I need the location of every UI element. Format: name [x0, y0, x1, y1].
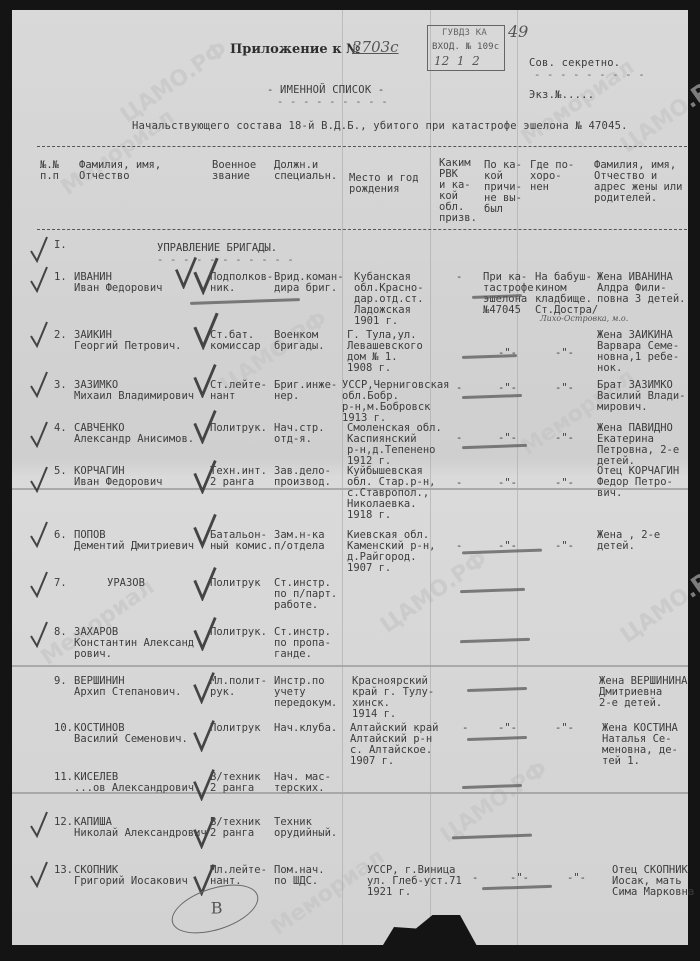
checkmark-icon	[192, 767, 216, 801]
circled-letter: В	[211, 898, 223, 917]
row-birth: Киевская обл. Каменский р-н, д.Райгород.…	[347, 530, 436, 574]
row-rank: Батальон- ный комис.	[210, 530, 273, 552]
checkmark-icon	[192, 815, 216, 849]
subtitle: Начальствующего состава 18-й В.Д.Б., уби…	[132, 121, 628, 132]
row-rank: Мл.полит- рук.	[210, 676, 267, 698]
pencil-stroke	[460, 588, 525, 593]
row-rank: Ст.лейте- нант	[210, 380, 267, 402]
row-reason: -"-	[498, 723, 517, 734]
watermark: ЦАМО.РФ	[616, 557, 700, 649]
row-rank: Политрук.	[210, 423, 267, 434]
row-position: Инстр.по учету передокум.	[274, 676, 337, 709]
watermark: ЦАМО.РФ	[116, 37, 232, 129]
checkmark-icon	[192, 615, 218, 651]
row-rvk: -	[456, 478, 462, 489]
pencil-stroke	[467, 687, 527, 692]
row-birth: Смоленская обл. Каспиянский р-н,д.Тепене…	[347, 423, 442, 467]
row-name: САВЧЕНКО Александр Анисимов.	[74, 423, 194, 445]
row-rvk: -	[456, 433, 462, 444]
col-header-position: Должн.и специальн.	[274, 160, 337, 182]
row-number: 4.	[54, 423, 67, 434]
row-relatives: Жена ВЕРШИНИНА Дмитриевна 2-е детей.	[599, 676, 688, 709]
row-relatives: Отец КОРЧАГИН Федор Петро- вич.	[597, 466, 679, 499]
col-header-rank: Военное звание	[212, 160, 256, 182]
pencil-stroke	[460, 638, 530, 643]
torn-edge	[372, 915, 482, 945]
row-handwritten-note: Лихо-Островка, м.о.	[540, 314, 628, 323]
row-birth: УССР, г.Виница ул. Глеб-уст.71 1921 г.	[367, 865, 462, 898]
pencil-stroke	[462, 394, 522, 399]
appendix-number: 3703с	[352, 38, 399, 56]
checkmark-icon	[192, 362, 218, 398]
row-rank: В/техник 2 ранга	[210, 817, 261, 839]
row-name: ЗАЗИМКО Михаил Владимирович	[74, 380, 194, 402]
row-rank: В/техник 2 ранга	[210, 772, 261, 794]
row-rank: Политрук.	[210, 627, 267, 638]
row-reason: -"-	[498, 478, 517, 489]
row-number: 8.	[54, 627, 67, 638]
checkmark-icon	[192, 310, 220, 350]
row-number: 7.	[54, 578, 67, 589]
section-title: УПРАВЛЕНИЕ БРИГАДЫ.	[157, 243, 277, 254]
row-name: ЗАИКИН Георгий Петрович.	[74, 330, 181, 352]
checkmark-icon	[28, 860, 50, 888]
checkmark-icon	[192, 458, 218, 494]
row-position: Ст.инстр. по п/парт. работе.	[274, 578, 337, 611]
stamp-line1: ГУВДЗ КА	[442, 28, 487, 39]
row-rvk: -	[456, 272, 462, 283]
row-number: 9.	[54, 676, 67, 687]
row-buried: -"-	[555, 348, 574, 359]
checkmark-icon	[192, 718, 216, 752]
row-buried: -"-	[555, 478, 574, 489]
title-underline: - - - - - - - - -	[277, 97, 388, 108]
row-relatives: Отец СКОПНИК Иосак, мать Сима Марковна	[612, 865, 694, 898]
pencil-stroke	[190, 298, 300, 305]
row-position: Пом.нач. по ШДС.	[274, 865, 325, 887]
row-relatives: Жена , 2-е детей.	[597, 530, 660, 552]
row-reason: -"-	[510, 873, 529, 884]
row-buried: -"-	[555, 541, 574, 552]
row-number: 10.	[54, 723, 73, 734]
row-birth: Куйбышевская обл. Стар.р-н, с.Ставропол.…	[347, 466, 436, 521]
fold-line	[517, 10, 518, 945]
row-relatives: Жена КОСТИНА Наталья Се- меновна, де- те…	[602, 723, 678, 767]
row-position: Нач. мас- терских.	[274, 772, 331, 794]
row-buried: -"-	[555, 723, 574, 734]
row-name: ЗАХАРОВ Константин Александ рович.	[74, 627, 194, 660]
row-rank: Политрук	[210, 723, 261, 734]
row-relatives: Жена ПАВИДНО Екатерина Петровна, 2-е дет…	[597, 423, 679, 467]
row-buried: -"-	[567, 873, 586, 884]
pencil-stroke	[467, 736, 527, 741]
row-number: 5.	[54, 466, 67, 477]
document-sheet: Мемориал ЦАМО.РФ Мемориал ЦАМО.РФ ЦАМО.Р…	[12, 10, 688, 945]
checkmark-icon	[28, 370, 50, 398]
watermark: Мемориал	[57, 104, 180, 200]
row-position: Врид.коман- дира бриг.	[274, 272, 344, 294]
checkmark-icon	[28, 520, 50, 548]
checkmark-icon	[28, 420, 50, 448]
row-rvk: -	[472, 873, 478, 884]
classification-label: Сов. секретно.	[529, 58, 620, 69]
row-name: СКОПНИК Григорий Иосакович	[74, 865, 188, 887]
row-number: 3.	[54, 380, 67, 391]
stamp-line2: ВХОД. № 109с	[432, 42, 499, 53]
row-name: УРАЗОВ	[107, 578, 145, 589]
row-birth: УССР,Черниговская обл.Бобр. р-н,м.Бобров…	[342, 380, 449, 424]
classification-underline: - - - - - - - - -	[534, 70, 645, 81]
row-relatives: Жена ИВАНИНА Алдра Фили- повна 3 детей.	[597, 272, 686, 305]
registration-stamp: ГУВДЗ КА ВХОД. № 109с 12 1 2	[427, 25, 505, 71]
row-number: 11.	[54, 772, 73, 783]
row-position: Нач.стр. отд-я.	[274, 423, 325, 445]
list-title: - ИМЕННОЙ СПИСОК -	[267, 85, 384, 96]
row-number: 1.	[54, 272, 67, 283]
fold-line	[12, 665, 688, 667]
row-number: 6.	[54, 530, 67, 541]
row-name: ПОПОВ Дементий Дмитриевич	[74, 530, 194, 552]
header-rule-bottom	[37, 229, 687, 230]
col-header-rvk: Каким РВК и ка- кой обл. призв.	[439, 158, 477, 224]
row-name: ВЕРШИНИН Архип Степанович.	[74, 676, 181, 698]
row-buried: На бабуш- кином кладбище. Ст.Достра/	[535, 272, 598, 316]
checkmark-icon	[28, 320, 50, 348]
checkmark-icon	[28, 810, 50, 838]
row-relatives: Жена ЗАИКИНА Варвара Семе- новна,1 ребе-…	[597, 330, 679, 374]
row-position: Нач.клуба.	[274, 723, 337, 734]
col-header-reason: По ка- кой причи- не вы- был	[484, 160, 522, 215]
row-number: 12.	[54, 817, 73, 828]
row-position: Бриг.инже- нер.	[274, 380, 337, 402]
row-birth: Кубанская обл.Красно- дар.отд.ст. Ладожс…	[354, 272, 424, 327]
row-position: Ст.инстр. по пропа- ганде.	[274, 627, 331, 660]
checkmark-icon	[192, 510, 218, 550]
col-header-relatives: Фамилия, имя, Отчество и адрес жены или …	[594, 160, 683, 204]
col-header-buried: Где по- хоро- нен	[530, 160, 574, 193]
row-rvk: -	[462, 723, 468, 734]
checkmark-icon	[192, 670, 216, 704]
col-header-num: №.№ п.п	[40, 160, 59, 182]
checkmark-icon	[28, 620, 50, 648]
fold-line	[342, 10, 343, 945]
row-birth: Алтайский край Алтайский р-н с. Алтайско…	[350, 723, 439, 767]
copy-label: Экз.№.....	[529, 90, 594, 101]
row-name: КОСТИНОВ Василий Семенович.	[74, 723, 188, 745]
sheet-number: 49	[508, 22, 528, 41]
row-rvk: -	[456, 383, 462, 394]
row-position: Техник орудийный.	[274, 817, 337, 839]
row-buried: -"-	[555, 383, 574, 394]
row-name: КОРЧАГИН Иван Федорович	[74, 466, 163, 488]
row-number: 13.	[54, 865, 73, 876]
checkmark-icon	[28, 570, 50, 598]
checkmark-icon	[28, 465, 50, 493]
col-header-name: Фамилия, имя, Отчество	[79, 160, 161, 182]
checkmark-icon	[192, 565, 218, 601]
row-position: Зав.дело- производ.	[274, 466, 331, 488]
row-position: Зам.н-ка п/отдела	[274, 530, 325, 552]
row-rvk: -	[456, 541, 462, 552]
stamp-line3: 12 1 2	[434, 54, 480, 68]
checkmark-icon	[192, 255, 220, 295]
appendix-label: Приложение к №	[230, 42, 360, 57]
row-birth: Красноярский край г. Тулу- хинск. 1914 г…	[352, 676, 434, 720]
row-reason: -"-	[498, 383, 517, 394]
section-number: I.	[54, 240, 67, 251]
row-name: КАПИША Николай Александрович	[74, 817, 207, 839]
checkmark-icon	[28, 265, 50, 293]
row-buried: -"-	[555, 433, 574, 444]
checkmark-icon	[28, 235, 50, 263]
row-name: КИСЕЛЕВ ...ов Александрович.	[74, 772, 200, 794]
row-reason: -"-	[498, 433, 517, 444]
checkmark-icon	[192, 408, 218, 444]
row-position: Военком бригады.	[274, 330, 325, 352]
row-rank: Техн.инт. 2 ранга	[210, 466, 267, 488]
col-header-birth: Место и год рождения	[349, 173, 419, 195]
row-name: ИВАНИН Иван Федорович	[74, 272, 163, 294]
row-birth: Г. Тула,ул. Левашевского дом № 1. 1908 г…	[347, 330, 423, 374]
row-relatives: Брат ЗАЗИМКО Василий Влади- мирович.	[597, 380, 686, 413]
header-rule-top	[37, 146, 687, 147]
row-number: 2.	[54, 330, 67, 341]
